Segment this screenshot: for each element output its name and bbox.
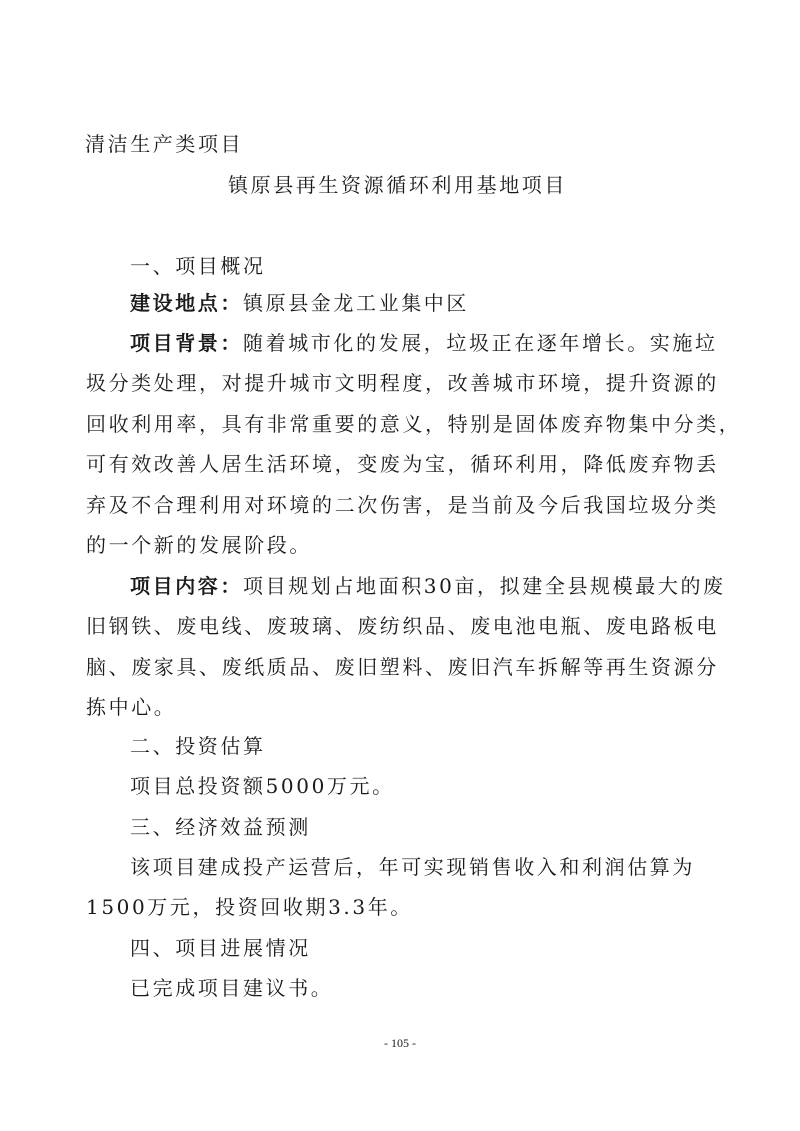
- heading-benefit: 三、经济效益预测: [130, 814, 311, 840]
- background-line-3: 可有效改善人居生活环境，变废为宝，循环利用，降低废弃物丢: [86, 451, 719, 477]
- location-value: 镇原县金龙工业集中区: [243, 291, 469, 315]
- background-line-2: 回收利用率，具有非常重要的意义，特别是固体废弃物集中分类，: [86, 411, 741, 437]
- benefit-line-1: 1500万元，投资回收期3.3年。: [86, 894, 413, 920]
- heading-progress: 四、项目进展情况: [130, 935, 311, 961]
- content-line-2: 脑、废家具、废纸质品、废旧塑料、废旧汽车拆解等再生资源分: [86, 654, 719, 680]
- background-line-1: 圾分类处理，对提升城市文明程度，改善城市环境，提升资源的: [86, 370, 719, 396]
- background-line-0: 项目背景：随着城市化的发展，垃圾正在逐年增长。实施垃: [130, 330, 718, 356]
- benefit-line-0: 该项目建成投产运营后，年可实现销售收入和利润估算为: [130, 854, 695, 880]
- heading-investment: 二、投资估算: [130, 733, 266, 759]
- progress-text: 已完成项目建议书。: [130, 975, 333, 1001]
- location-label: 建设地点：: [130, 291, 243, 315]
- heading-overview: 一、项目概况: [130, 253, 266, 279]
- content-label: 项目内容：: [130, 574, 243, 598]
- content-line-3: 拣中心。: [86, 694, 176, 720]
- location-paragraph: 建设地点：镇原县金龙工业集中区: [130, 290, 469, 316]
- content-line-0: 项目内容：项目规划占地面积30亩，拟建全县规模最大的废: [130, 573, 726, 599]
- background-line-4: 弃及不合理利用对环境的二次伤害，是当前及今后我国垃圾分类: [86, 492, 719, 518]
- category-label: 清洁生产类项目: [85, 131, 243, 157]
- background-label: 项目背景：: [130, 331, 243, 355]
- background-line-5: 的一个新的发展阶段。: [86, 532, 312, 558]
- document-title: 镇原县再生资源循环利用基地项目: [228, 172, 567, 198]
- page-number: - 105 -: [0, 1036, 800, 1051]
- investment-text: 项目总投资额5000万元。: [130, 773, 395, 799]
- content-line-1: 旧钢铁、废电线、废玻璃、废纺织品、废电池电瓶、废电路板电: [86, 613, 719, 639]
